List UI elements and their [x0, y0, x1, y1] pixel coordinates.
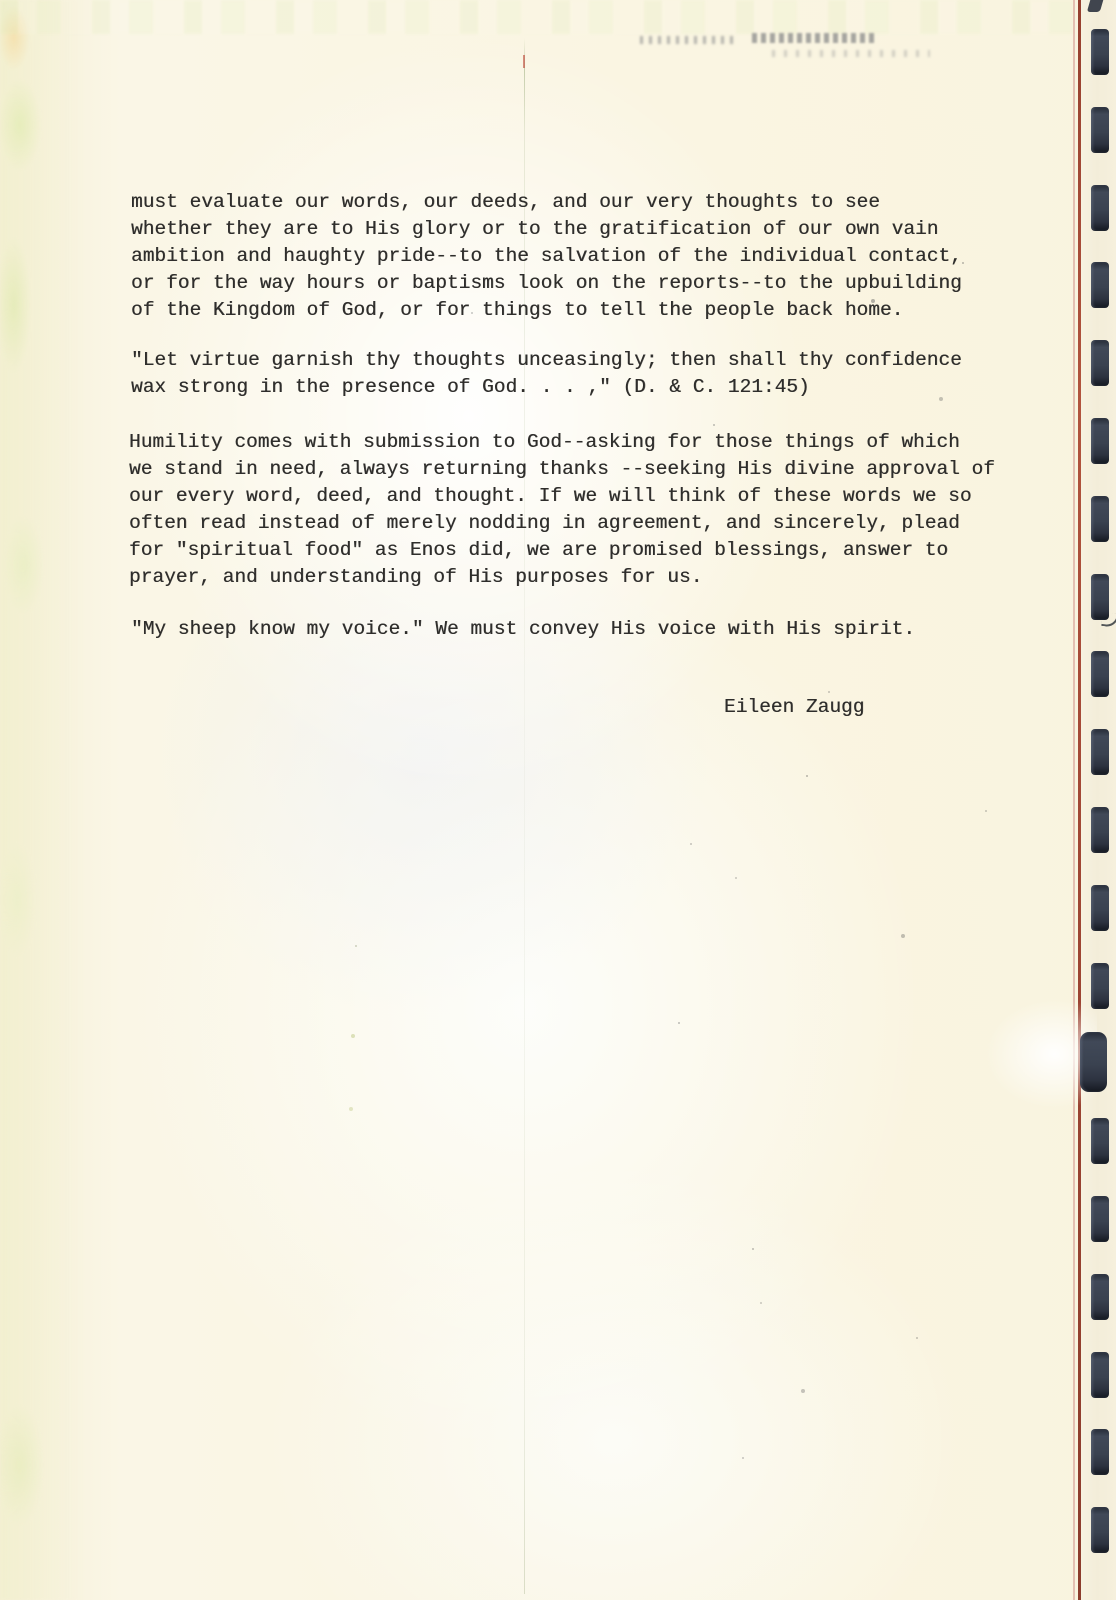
edge-shadow-line: [1073, 0, 1075, 1600]
binding-tooth: [1091, 963, 1109, 1009]
binding-tooth: [1080, 1032, 1107, 1092]
paper-texture-top-edge: [0, 0, 1116, 34]
binding-tooth: [1091, 1274, 1109, 1320]
binding-tooth: [1091, 262, 1109, 308]
binding-tooth: [1091, 340, 1109, 386]
binding-tooth: [1091, 496, 1109, 542]
binding-tooth: [1091, 729, 1109, 775]
binding-tooth: [1091, 185, 1109, 231]
paper-texture-left-edge: [0, 0, 85, 1600]
scanned-document-page: must evaluate our words, our deeds, and …: [0, 0, 1116, 1600]
binding-tooth: [1091, 418, 1109, 464]
binding-tooth: [1091, 1507, 1109, 1553]
binding-tooth: [1091, 1352, 1109, 1398]
binding-tooth: [1091, 651, 1109, 697]
binding-tooth: [1091, 1429, 1109, 1475]
signature-name: Eileen Zaugg: [724, 694, 864, 721]
bleed-through-marks: [772, 50, 930, 57]
binding-tooth: [1091, 574, 1109, 620]
binding-tooth: [1091, 29, 1109, 75]
scan-noise-specks: [0, 0, 2, 2]
binding-tooth: [1091, 107, 1109, 153]
binding-margin-line: [1078, 0, 1081, 1600]
closing-line: "My sheep know my voice." We must convey…: [131, 616, 915, 643]
binding-tooth: [1091, 807, 1109, 853]
binding-tooth: [1091, 885, 1109, 931]
bleed-through-marks: [640, 36, 735, 44]
body-paragraph-2: Humility comes with submission to God--a…: [129, 429, 995, 591]
binding-tooth: [1091, 1118, 1109, 1164]
binding-tooth: [1091, 1196, 1109, 1242]
scripture-quote-paragraph: "Let virtue garnish thy thoughts unceasi…: [131, 347, 962, 401]
crease-red-mark: [523, 55, 525, 68]
bleed-through-marks: [752, 33, 874, 43]
body-paragraph-1: must evaluate our words, our deeds, and …: [131, 189, 962, 324]
